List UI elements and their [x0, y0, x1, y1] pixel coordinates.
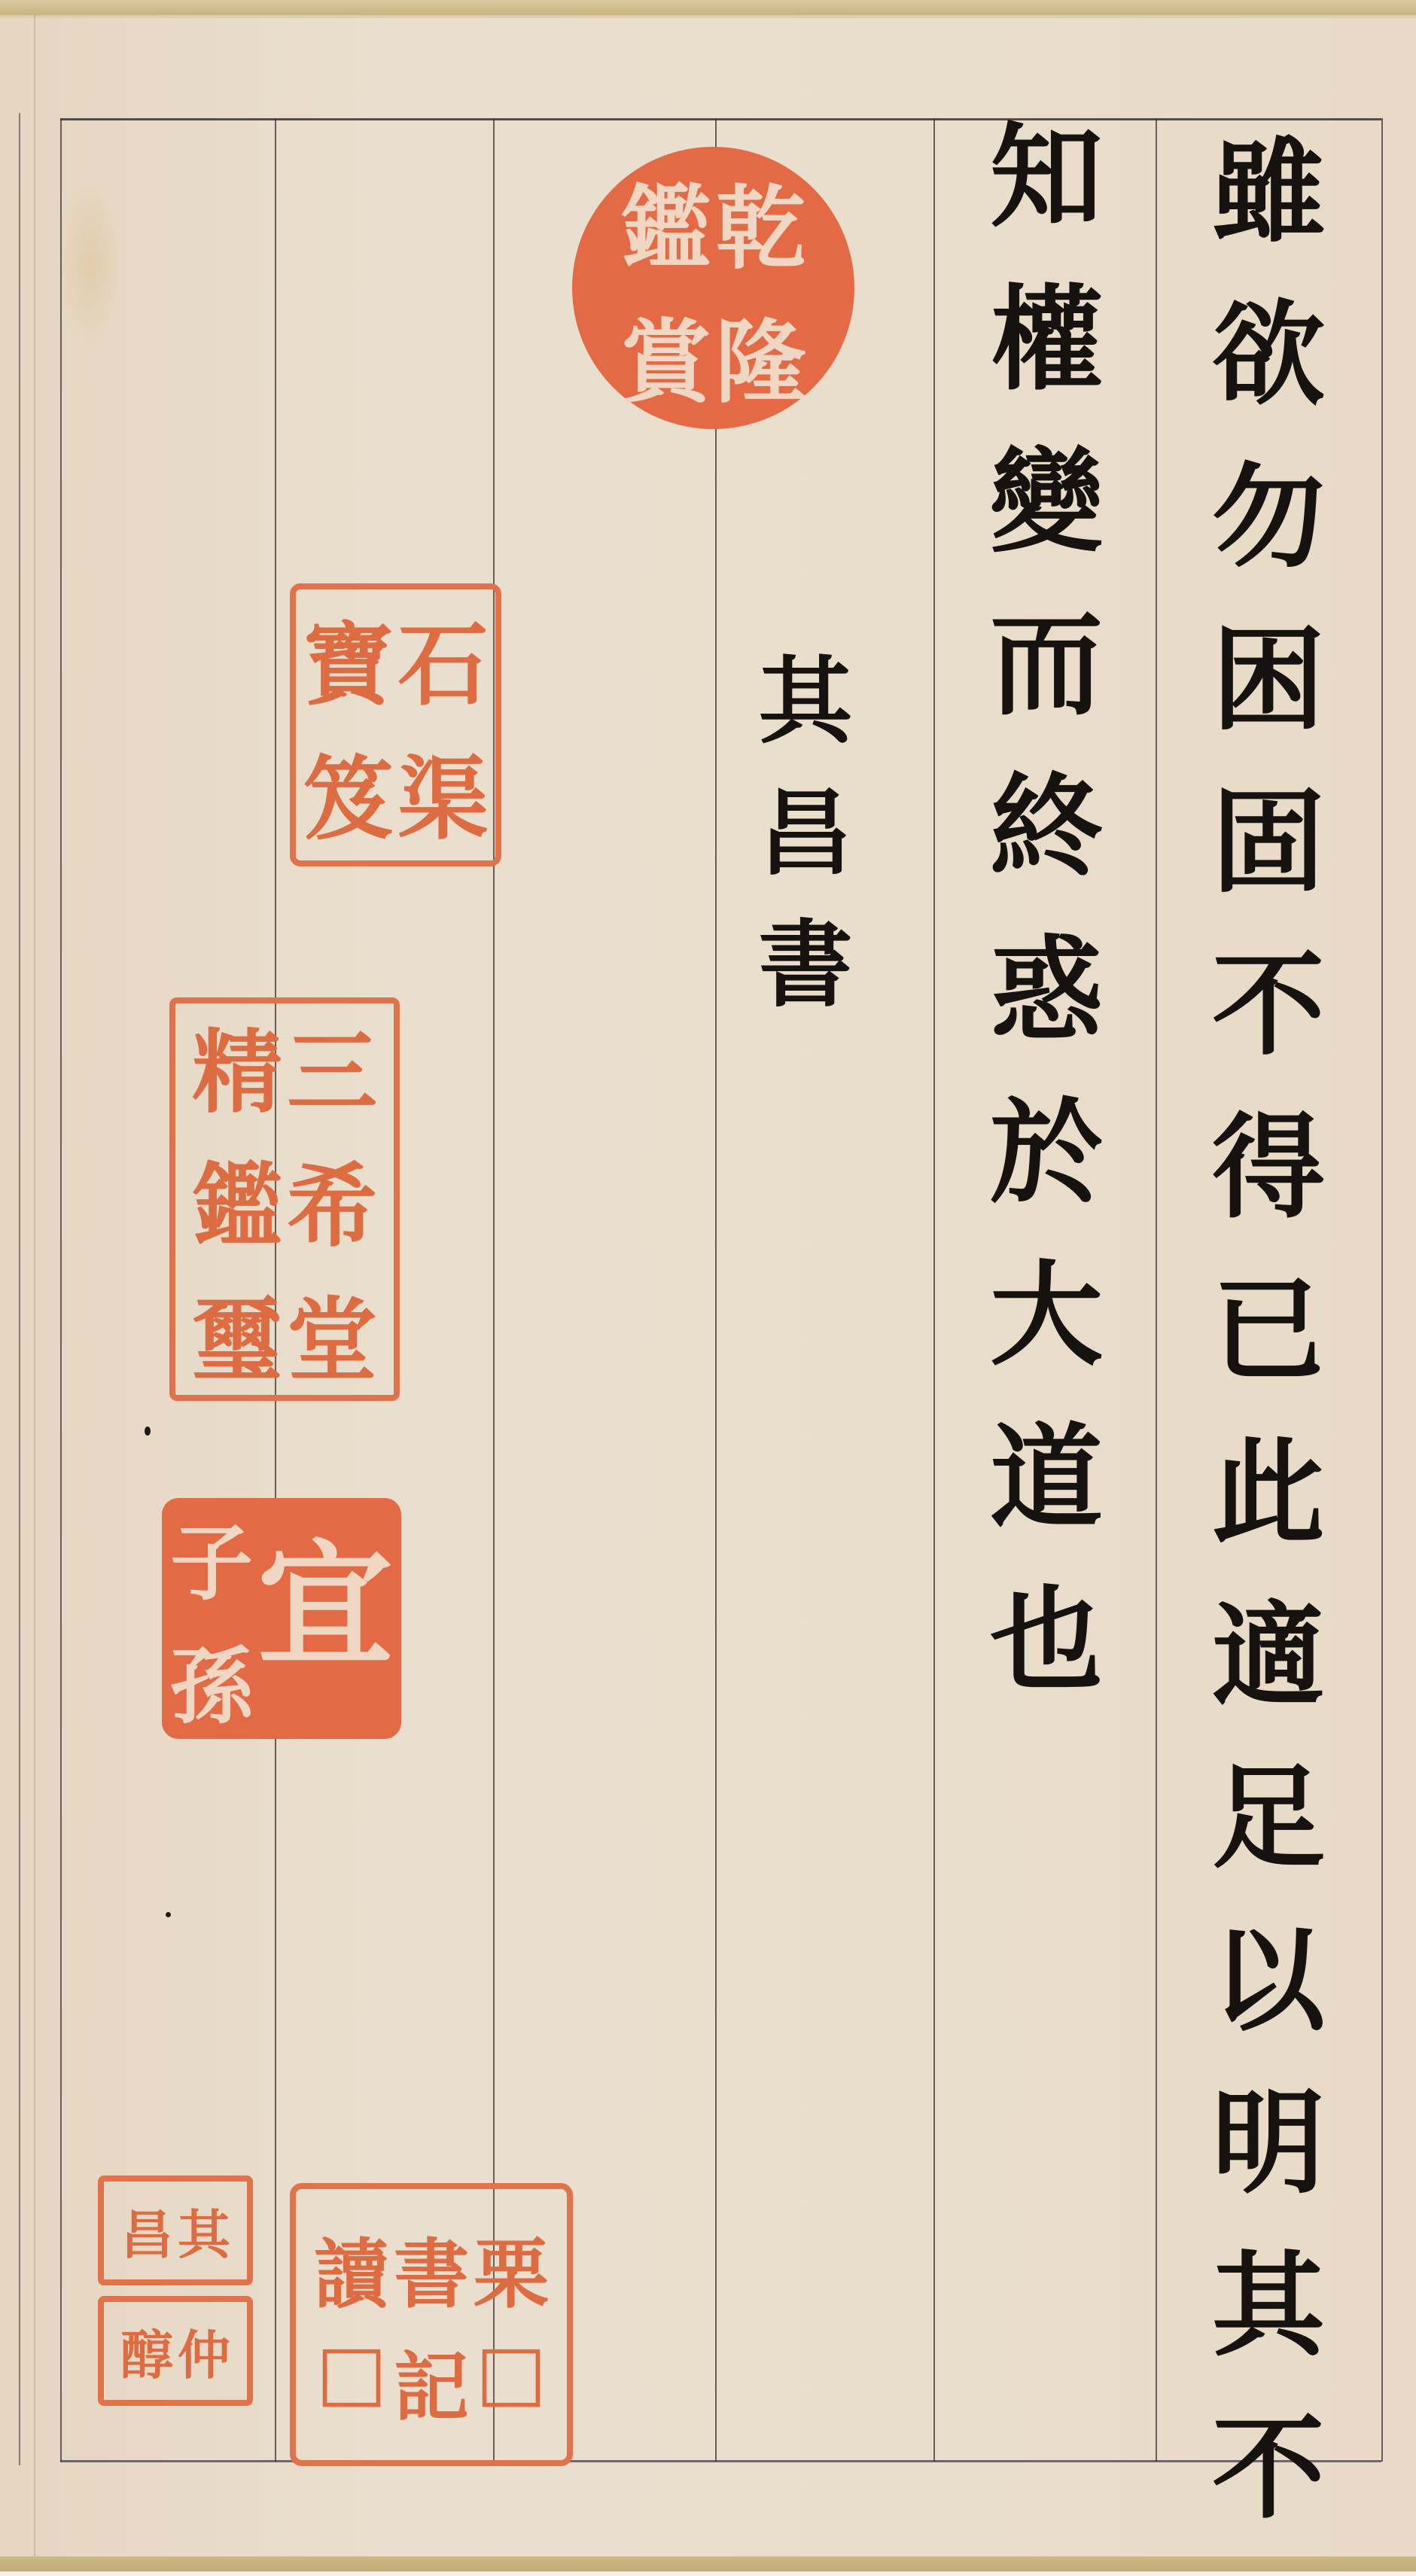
- char: 知: [990, 120, 1103, 283]
- round-seal-qianlong: 乾 隆 鑑 賞: [572, 147, 854, 429]
- seal-char: 精: [192, 1000, 282, 1130]
- seal-char: 醇: [120, 2313, 173, 2389]
- seal-char: 希: [287, 1134, 377, 1264]
- column-rule: [933, 118, 935, 2462]
- seal-qichang-bottom: 仲 醇: [98, 2296, 253, 2406]
- seal-char: 仲: [178, 2313, 230, 2389]
- text-column-2: 知 權 變 而 終 惑 於 大 道 也: [952, 120, 1140, 1746]
- column-rule-outer: [19, 113, 20, 2465]
- seal-char: 乾: [716, 157, 806, 286]
- seal-char: 栗: [474, 2214, 549, 2322]
- seal-char: 宜: [257, 1497, 393, 1740]
- seal-char: 璽: [192, 1268, 282, 1398]
- seal-char: 渠: [398, 727, 489, 857]
- seal-char: 子: [170, 1497, 253, 1616]
- char: 足: [1212, 1761, 1325, 1924]
- char: 勿: [1212, 461, 1325, 623]
- column-rule: [60, 118, 62, 2462]
- signature: 其 昌 書: [723, 655, 888, 1050]
- char: 變: [990, 446, 1103, 608]
- char: 困: [1212, 623, 1325, 786]
- char: 以: [1212, 1924, 1325, 2087]
- char: 固: [1212, 786, 1325, 948]
- text-column-1: 雖 欲 勿 困 固 不 得 已 此 適 足 以 明 其 不: [1174, 135, 1363, 2574]
- seal-yi-zisun: 宜 子 孫: [162, 1498, 401, 1739]
- char: 雖: [1212, 135, 1325, 298]
- char: 已: [1212, 1274, 1325, 1436]
- seal-char: 孫: [170, 1621, 253, 1740]
- signature-char: 書: [759, 918, 853, 1050]
- seal-char: 隆: [716, 291, 806, 420]
- seal-char: □: [474, 2327, 549, 2435]
- char: 得: [1212, 1111, 1325, 1274]
- column-rule: [1156, 118, 1157, 2462]
- char: 而: [990, 608, 1103, 771]
- seal-char: 書: [394, 2214, 469, 2322]
- char: 權: [990, 283, 1103, 446]
- seal-char: 堂: [287, 1268, 377, 1398]
- seal-char: 讀: [314, 2214, 389, 2322]
- column-rule: [493, 118, 495, 2462]
- seal-char: 其: [178, 2193, 230, 2269]
- char: 不: [1212, 2412, 1325, 2574]
- seal-char: 寶: [303, 593, 394, 723]
- char: 於: [990, 1096, 1103, 1259]
- char: 大: [990, 1259, 1103, 1421]
- char: 終: [990, 771, 1103, 933]
- char: 欲: [1212, 298, 1325, 461]
- seal-char: □: [314, 2327, 389, 2435]
- column-rule: [715, 118, 717, 2462]
- char: 惑: [990, 933, 1103, 1096]
- mount-top-edge: [0, 15, 1416, 18]
- seal-char: 鑑: [621, 157, 711, 286]
- char: 道: [990, 1421, 1103, 1584]
- seal-char: 記: [394, 2327, 469, 2435]
- seal-qichang-top: 其 昌: [98, 2176, 253, 2285]
- seal-char: 石: [398, 593, 489, 723]
- frame-top-rule: [60, 118, 1381, 120]
- seal-char: 三: [287, 1000, 377, 1130]
- mount-fold-line: [34, 15, 35, 2556]
- seal-char: 昌: [120, 2193, 173, 2269]
- char: 明: [1212, 2087, 1325, 2249]
- char: 其: [1212, 2249, 1325, 2412]
- seal-sanxitang: 三 希 堂 精 鑑 璽: [169, 997, 400, 1401]
- seal-char: 鑑: [192, 1134, 282, 1264]
- mount-top-border: [0, 0, 1416, 15]
- ink-speck: [166, 1912, 171, 1917]
- seal-char: 笈: [303, 727, 394, 857]
- seal-shiqu-baoji: 石 渠 寶 笈: [290, 583, 501, 866]
- signature-char: 其: [759, 655, 853, 787]
- seal-collector-large: 栗 □ 書 記 讀 □: [290, 2183, 573, 2466]
- char: 適: [1212, 1599, 1325, 1761]
- column-rule: [1381, 118, 1383, 2462]
- seal-char: 賞: [621, 291, 711, 420]
- ink-speck: [145, 1427, 151, 1436]
- char: 也: [990, 1584, 1103, 1746]
- signature-char: 昌: [759, 787, 853, 918]
- char: 不: [1212, 948, 1325, 1111]
- char: 此: [1212, 1436, 1325, 1599]
